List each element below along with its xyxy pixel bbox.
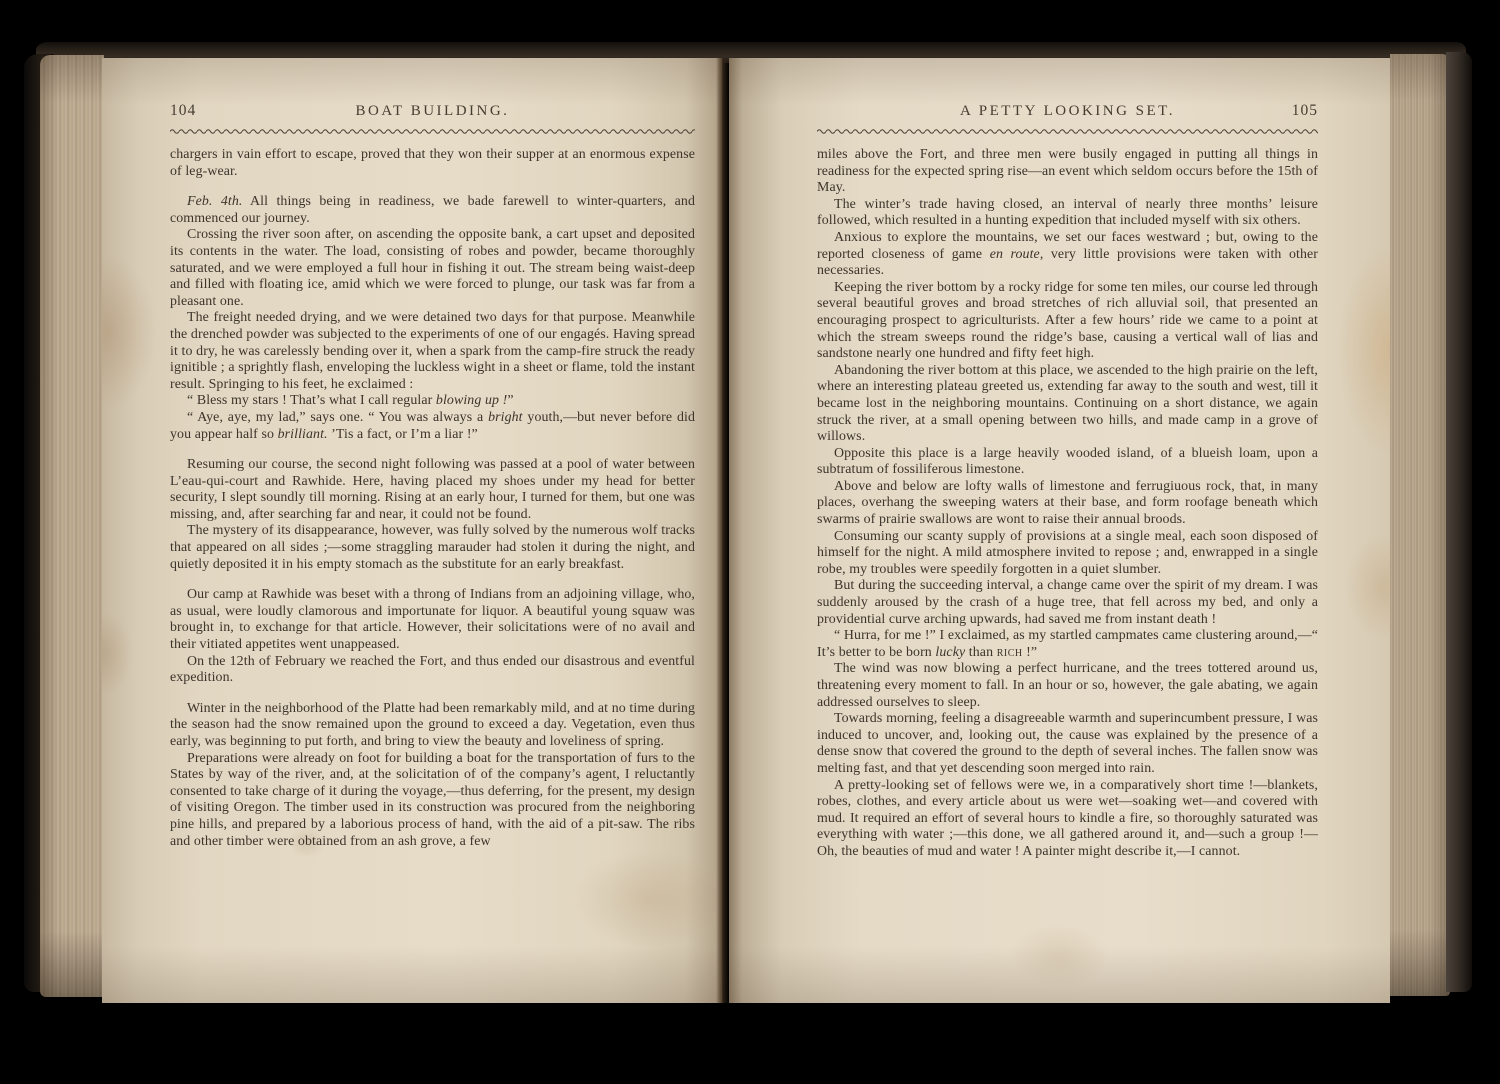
right-page-number: 105 — [1266, 102, 1318, 120]
book-gutter — [716, 58, 729, 1003]
left-running-head-title: BOAT BUILDING. — [222, 103, 643, 120]
paragraph: The winter’s trade having closed, an int… — [817, 197, 1318, 230]
left-page-number: 104 — [170, 102, 222, 120]
left-page-print-area: 104 BOAT BUILDING. chargers in vain effo… — [102, 58, 723, 1003]
left-running-header: 104 BOAT BUILDING. — [170, 102, 695, 120]
right-page-print-area: A PETTY LOOKING SET. 105 miles above the… — [729, 58, 1390, 1003]
paragraph: Anxious to explore the mountains, we set… — [817, 230, 1318, 280]
paragraph: chargers in vain effort to escape, prove… — [170, 147, 695, 180]
left-page: 104 BOAT BUILDING. chargers in vain effo… — [102, 58, 723, 1003]
paragraph: Preparations were already on foot for bu… — [170, 751, 695, 851]
right-page: A PETTY LOOKING SET. 105 miles above the… — [729, 58, 1390, 1003]
left-page-text: chargers in vain effort to escape, prove… — [170, 147, 695, 850]
paragraph: Resuming our course, the second night fo… — [170, 457, 695, 523]
paragraph: Crossing the river soon after, on ascend… — [170, 227, 695, 310]
paragraph: “ Aye, aye, my lad,” says one. “ You was… — [170, 410, 695, 443]
page-stack-left-edge — [40, 55, 104, 997]
right-running-header: A PETTY LOOKING SET. 105 — [817, 102, 1318, 120]
paragraph: Towards morning, feeling a disagreeable … — [817, 711, 1318, 777]
paragraph: miles above the Fort, and three men were… — [817, 147, 1318, 197]
right-wavy-rule — [817, 127, 1318, 136]
page-stack-right-edge — [1390, 54, 1450, 996]
paragraph: “ Hurra, for me !” I exclaimed, as my st… — [817, 628, 1318, 661]
paragraph: A pretty-looking set of fellows were we,… — [817, 778, 1318, 861]
left-wavy-rule — [170, 127, 695, 136]
paragraph: The mystery of its disappearance, howeve… — [170, 523, 695, 573]
paragraph: Keeping the river bottom by a rocky ridg… — [817, 280, 1318, 363]
right-page-text: miles above the Fort, and three men were… — [817, 147, 1318, 861]
paragraph: The freight needed drying, and we were d… — [170, 310, 695, 393]
paragraph: The wind was now blowing a perfect hurri… — [817, 661, 1318, 711]
book-scan: { "colors": { "background": "#000000", "… — [0, 0, 1500, 1084]
paragraph: Feb. 4th. All things being in readiness,… — [170, 194, 695, 227]
paragraph: Above and below are lofty walls of limes… — [817, 479, 1318, 529]
paragraph: Opposite this place is a large heavily w… — [817, 446, 1318, 479]
paragraph: Abandoning the river bottom at this plac… — [817, 363, 1318, 446]
paragraph: On the 12th of February we reached the F… — [170, 654, 695, 687]
right-running-head-title: A PETTY LOOKING SET. — [869, 103, 1266, 120]
paragraph: Consuming our scanty supply of provision… — [817, 529, 1318, 579]
book-cover-right-edge — [1446, 52, 1472, 992]
paragraph: “ Bless my stars ! That’s what I call re… — [170, 393, 695, 410]
paragraph: Winter in the neighborhood of the Platte… — [170, 701, 695, 751]
paragraph: Our camp at Rawhide was beset with a thr… — [170, 587, 695, 653]
paragraph: But during the succeeding interval, a ch… — [817, 578, 1318, 628]
